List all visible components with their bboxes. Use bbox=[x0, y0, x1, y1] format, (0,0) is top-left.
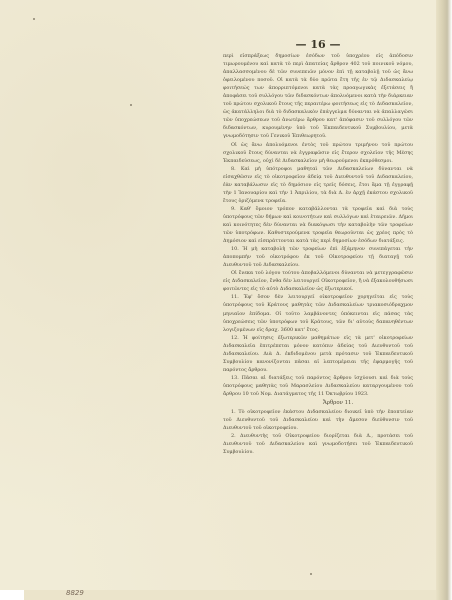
paper-speck bbox=[33, 18, 35, 20]
article-heading: Ἄρθρον 11. bbox=[223, 399, 413, 407]
paper-speck bbox=[130, 104, 132, 106]
paragraph: Οἱ ὡς ἄνω ἀπολυόμενοι ἐντὸς τοῦ πρώτου τ… bbox=[223, 141, 413, 165]
paper-speck bbox=[310, 573, 312, 575]
paragraph-item-12: 12. Ἡ φοίτησις ἐξωτερικῶν μαθημάτων εἰς … bbox=[223, 334, 413, 374]
paragraph-item-1: 1. Τὸ οἰκοτροφεῖον ἑκάστου Διδασκαλείου … bbox=[223, 408, 413, 432]
page-number: — 16 — bbox=[288, 38, 348, 51]
paragraph: περὶ εἰσπράξεως δημοσίων ἐσόδων τοῦ ὑποχ… bbox=[223, 52, 413, 141]
body-text: περὶ εἰσπράξεως δημοσίων ἐσόδων τοῦ ὑποχ… bbox=[223, 52, 413, 456]
handwritten-catalog-number: 8829 bbox=[66, 589, 84, 597]
paragraph-item-8: 8. Καὶ μὴ ὑπότροφοι μαθηταὶ τῶν Διδασκαλ… bbox=[223, 165, 413, 205]
paragraph-item-13: 13. Πᾶσαι αἱ διατάξεις τοῦ παρόντος ἄρθρ… bbox=[223, 374, 413, 398]
paragraph-item-10: 10. Ἡ μὴ καταβολὴ τῶν τροφείων ἐπὶ ἑξάμη… bbox=[223, 245, 413, 269]
page-bottom-edge bbox=[24, 590, 436, 600]
scan-margin bbox=[0, 590, 24, 600]
page-edge-shadow bbox=[436, 0, 452, 600]
paragraph: Οἱ ἕνεκα τοῦ λόγου τούτου ἀποβαλλόμενοι … bbox=[223, 269, 413, 293]
paragraph-item-2: 2. Διευθυντὴς τοῦ Οἰκοτροφείου διορίζετα… bbox=[223, 432, 413, 456]
paragraph-item-11: 11. Ἐφ' ὅσον δὲν λειτουργεῖ οἰκοτροφεῖον… bbox=[223, 293, 413, 333]
paragraph-item-9: 9. Καθ' ὅμοιον τρόπον καταβάλλονται τὰ τ… bbox=[223, 205, 413, 245]
